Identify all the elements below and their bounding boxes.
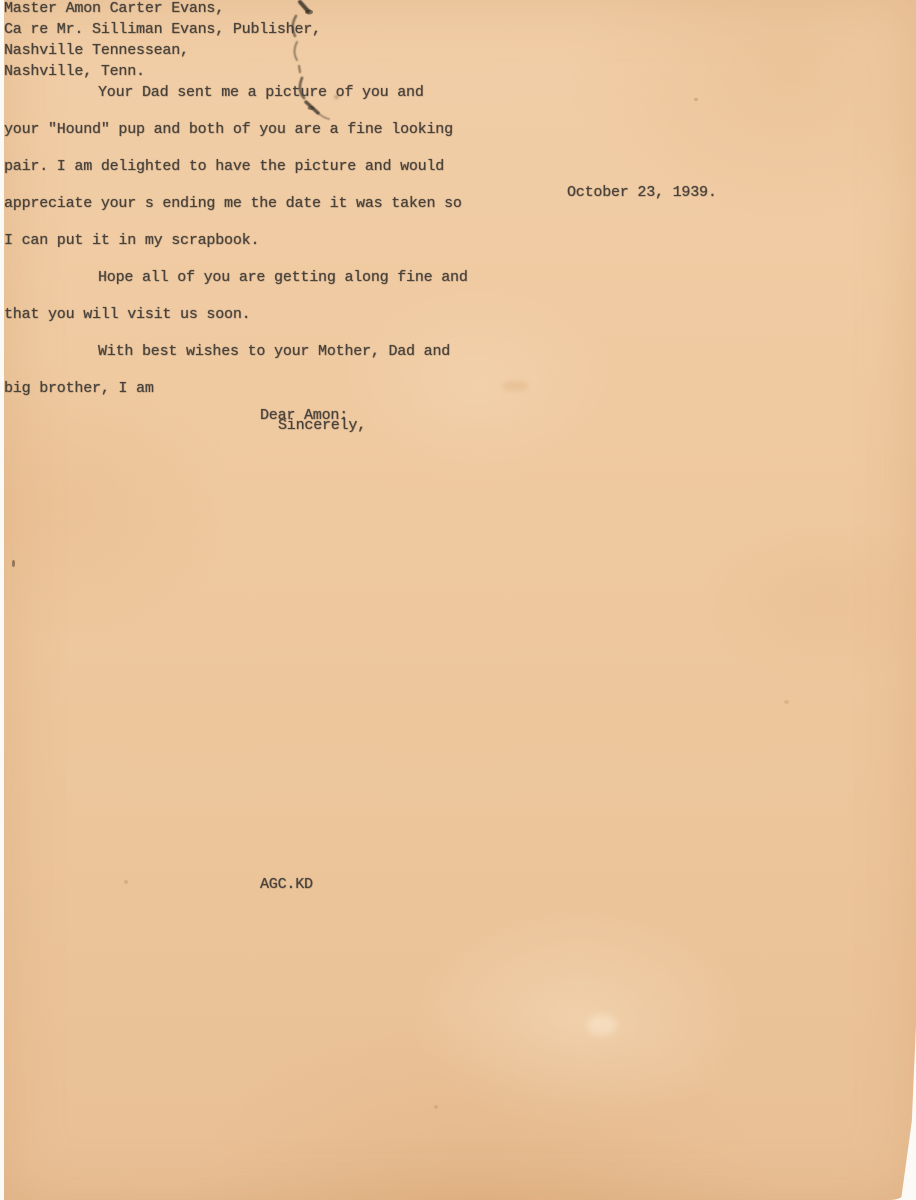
body-line: big brother, I am	[4, 380, 916, 417]
scanner-edge	[901, 1025, 916, 1200]
body-line: appreciate your s ending me the date it …	[4, 195, 916, 232]
address-line: Nashville, Tenn.	[4, 63, 916, 84]
letter-paper: October 23, 1939. Master Amon Carter Eva…	[4, 0, 916, 1200]
paper-speck	[12, 560, 15, 567]
body-line: With best wishes to your Mother, Dad and	[4, 343, 916, 380]
paper-speck	[434, 1105, 438, 1109]
paper-speck	[784, 700, 789, 704]
paper-speck	[694, 98, 698, 101]
typist-initials: AGC.KD	[260, 876, 313, 893]
address-line: Master Amon Carter Evans,	[4, 0, 916, 21]
body-line: your "Hound" pup and both of you are a f…	[4, 121, 916, 158]
address-line: Ca re Mr. Silliman Evans, Publisher,	[4, 21, 916, 42]
body-line: Hope all of you are getting along fine a…	[4, 269, 916, 306]
address-block: Master Amon Carter Evans, Ca re Mr. Sill…	[4, 0, 916, 84]
closing: Sincerely,	[4, 417, 916, 454]
body-line: pair. I am delighted to have the picture…	[4, 158, 916, 195]
address-line: Nashville Tennessean,	[4, 42, 916, 63]
body-line: that you will visit us soon.	[4, 306, 916, 343]
paper-speck	[334, 95, 339, 99]
paper-stain	[587, 1014, 617, 1036]
paper-speck	[124, 880, 128, 884]
body-line: Your Dad sent me a picture of you and	[4, 84, 916, 121]
letter-body: Your Dad sent me a picture of you and yo…	[4, 84, 916, 454]
paper-stain	[502, 381, 528, 391]
body-line: I can put it in my scrapbook.	[4, 232, 916, 269]
